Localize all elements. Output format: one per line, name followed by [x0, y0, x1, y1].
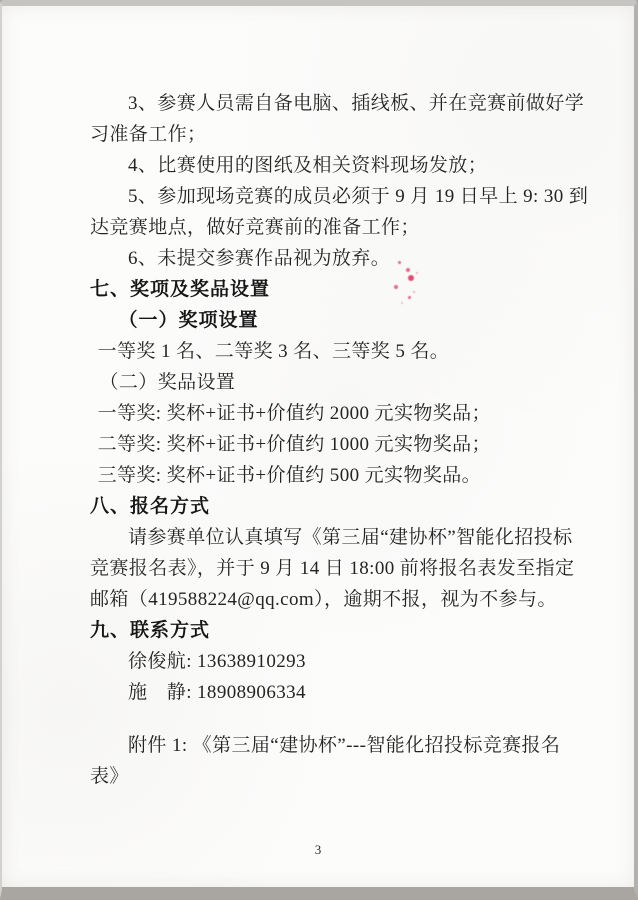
body-line: 请参赛单位认真填写《第三届“建协杯”智能化招投标 [90, 522, 584, 553]
document-body: 3、参赛人员需自备电脑、插线板、并在竞赛前做好学 习准备工作； 4、比赛使用的图… [90, 88, 584, 792]
heading-contact: 九、联系方式 [90, 615, 584, 646]
body-line: 习准备工作； [90, 119, 584, 150]
heading-awards-section: 七、奖项及奖品设置 [90, 274, 584, 305]
ink-speck [406, 268, 410, 272]
body-line: 4、比赛使用的图纸及相关资料现场发放； [90, 150, 584, 181]
body-line: 5、参加现场竞赛的成员必须于 9 月 19 日早上 9: 30 到 [90, 181, 584, 212]
ink-speck [394, 285, 398, 289]
body-line-email: 邮箱（419588224@qq.com），逾期不报，视为不参与。 [90, 584, 584, 615]
ink-speck [398, 261, 401, 264]
ink-speck [401, 302, 403, 304]
body-line: 一等奖 1 名、二等奖 3 名、三等奖 5 名。 [90, 336, 584, 367]
page-number: 3 [2, 842, 634, 858]
prize-line-second: 二等奖: 奖杯+证书+价值约 1000 元实物奖品； [90, 429, 584, 460]
ink-speck [408, 296, 411, 299]
attachment-line: 附件 1: 《第三届“建协杯”---智能化招投标竞赛报名 [90, 730, 584, 761]
prize-line-third: 三等奖: 奖杯+证书+价值约 500 元实物奖品。 [90, 460, 584, 491]
ink-speck [416, 272, 418, 274]
body-line: 6、未提交参赛作品视为放弃。 [90, 243, 584, 274]
ink-speck [408, 275, 414, 281]
subheading-award-tiers: （一）奖项设置 [90, 305, 584, 336]
subheading-prize-setup: （二）奖品设置 [90, 367, 584, 398]
prize-line-first: 一等奖: 奖杯+证书+价值约 2000 元实物奖品； [90, 398, 584, 429]
ink-speck [413, 291, 415, 293]
body-line: 达竞赛地点，做好竞赛前的准备工作； [90, 212, 584, 243]
body-line: 3、参赛人员需自备电脑、插线板、并在竞赛前做好学 [90, 88, 584, 119]
heading-registration: 八、报名方式 [90, 491, 584, 522]
scanned-page: 3、参赛人员需自备电脑、插线板、并在竞赛前做好学 习准备工作； 4、比赛使用的图… [0, 0, 638, 900]
contact-line-phone: 施 静: 18908906334 [90, 677, 584, 708]
body-line: 竞赛报名表》，并于 9 月 14 日 18:00 前将报名表发至指定 [90, 553, 584, 584]
attachment-line-wrap: 表》 [90, 761, 584, 792]
contact-line-phone: 徐俊航: 13638910293 [90, 646, 584, 677]
